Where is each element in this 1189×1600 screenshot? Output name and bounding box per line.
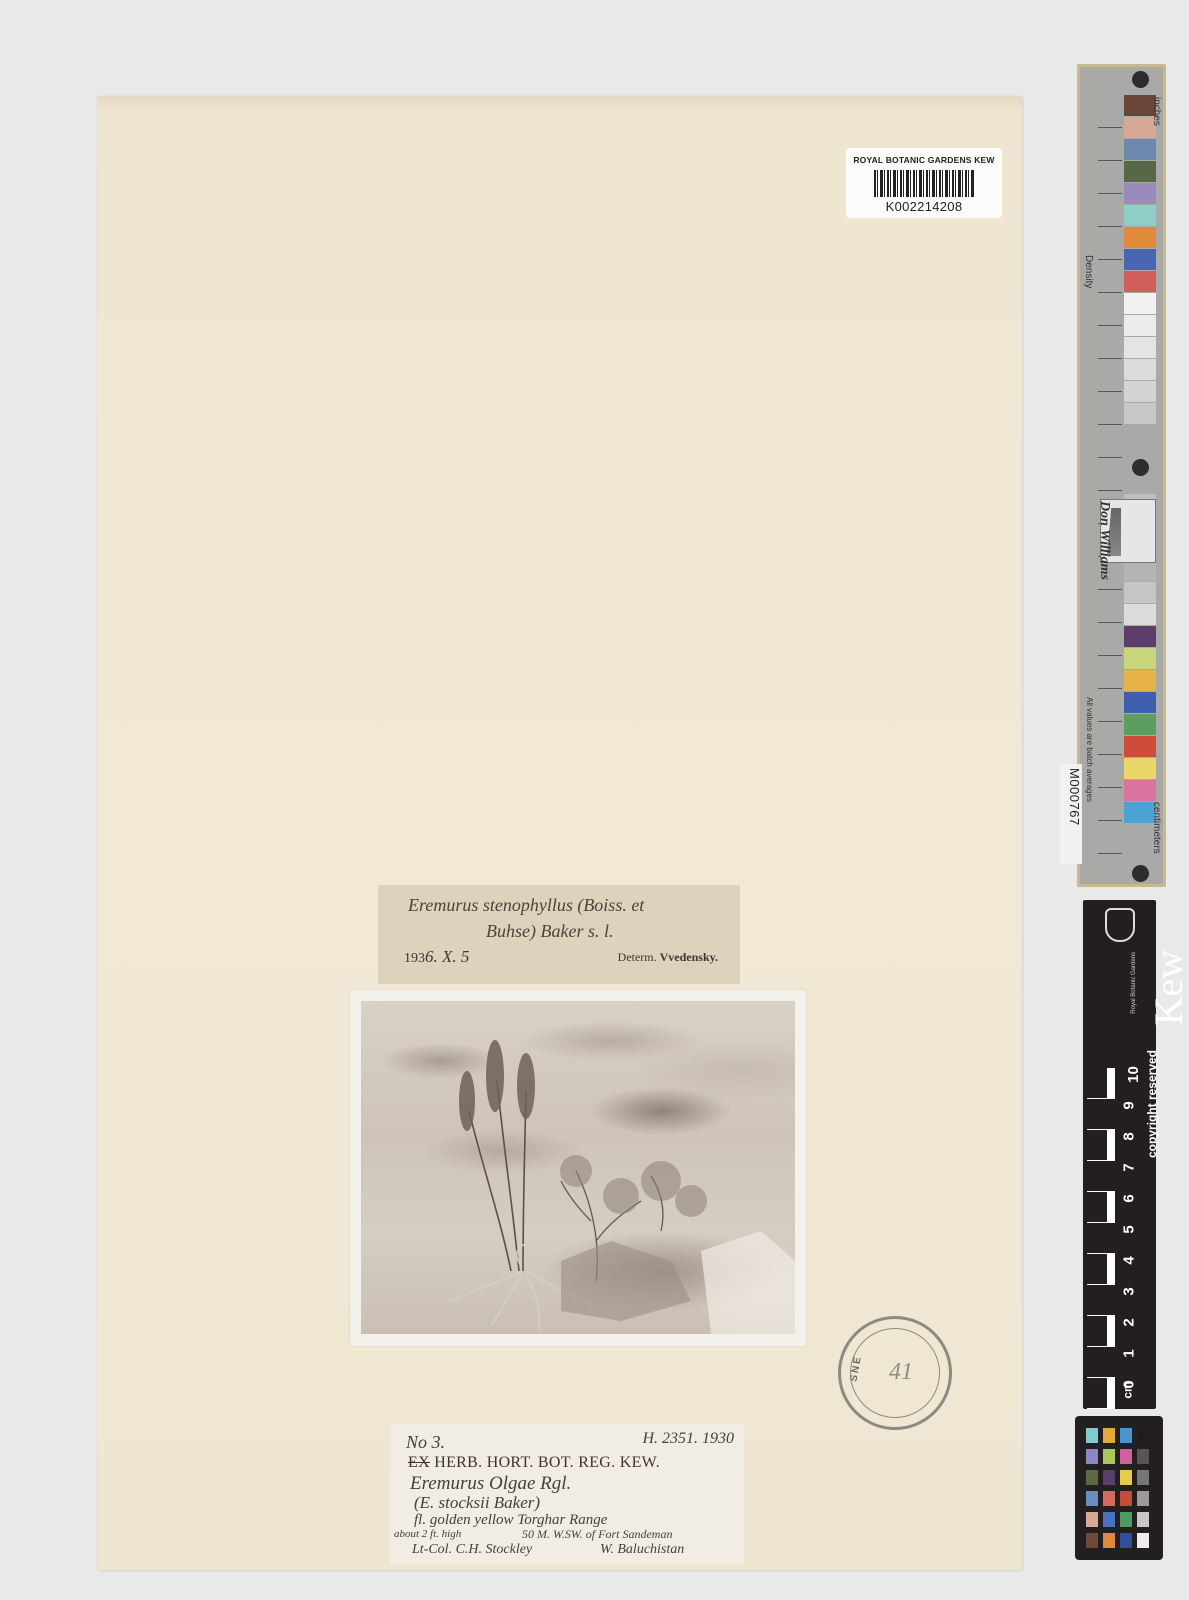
checker-cell [1103, 1428, 1115, 1443]
scale-digit: 9 [1121, 1101, 1138, 1109]
checker-cell [1120, 1449, 1132, 1464]
color-swatch [1124, 670, 1156, 691]
scale-segment [1087, 1099, 1115, 1130]
checker-cell [1086, 1428, 1098, 1443]
color-swatch [1124, 205, 1156, 226]
brand-name: Don Williams [1096, 501, 1112, 580]
color-swatch [1124, 337, 1156, 358]
det-date: 1936. X. 5 [404, 947, 469, 967]
collection-label: No 3. H. 2351. 1930 EX HERB. HORT. BOT. … [390, 1424, 744, 1564]
color-swatch [1124, 648, 1156, 669]
checker-cell [1086, 1470, 1098, 1485]
herbarium-name: HERB. HORT. BOT. REG. KEW. [434, 1454, 660, 1471]
scale-digit: 8 [1121, 1132, 1138, 1140]
color-swatch [1124, 560, 1156, 581]
density-ticks [1098, 95, 1122, 885]
scale-segment [1087, 1223, 1115, 1254]
color-checker [1075, 1416, 1163, 1560]
det-name: Vvedensky. [660, 950, 718, 964]
det-date-printed: 193 [404, 951, 425, 966]
centimeters-label: centimeters [1151, 802, 1162, 854]
region: W. Baluchistan [600, 1542, 684, 1558]
determination-slip: Eremurus stenophyllus (Boiss. et Buhse) … [378, 885, 740, 984]
color-swatch [1124, 626, 1156, 647]
cm-scale: 109876543210 [1087, 1068, 1117, 1403]
kew-subtitle: Royal Botanic Gardens [1131, 952, 1137, 1014]
color-swatch [1124, 714, 1156, 735]
color-swatch [1124, 758, 1156, 779]
det-determiner: Determ. Vvedensky. [618, 950, 718, 965]
collection-number: No 3. [406, 1432, 445, 1453]
color-swatch [1124, 227, 1156, 248]
color-swatch [1124, 183, 1156, 204]
catalog-number-label: M000767 [1060, 764, 1082, 864]
checker-cell [1137, 1512, 1149, 1527]
checker-cell [1137, 1491, 1149, 1506]
eremurus-plant-icon [361, 1001, 795, 1334]
checker-cell [1086, 1533, 1098, 1548]
scale-digit: 1 [1121, 1349, 1138, 1357]
copyright-text: copyright reserved [1145, 1050, 1159, 1158]
hole-icon [1132, 865, 1149, 882]
checker-cell [1120, 1533, 1132, 1548]
checker-cell [1103, 1470, 1115, 1485]
stamp-ring-text: SNE [849, 1354, 864, 1382]
herbarium-heading: EX HERB. HORT. BOT. REG. KEW. [408, 1454, 660, 1472]
color-swatch [1124, 359, 1156, 380]
checker-cell [1137, 1470, 1149, 1485]
checker-cell [1103, 1512, 1115, 1527]
checker-cell [1086, 1449, 1098, 1464]
scale-segment [1087, 1285, 1115, 1316]
barcode-label: ROYAL BOTANIC GARDENS KEW K002214208 [846, 148, 1002, 218]
checker-cell [1137, 1533, 1149, 1548]
scale-segment [1087, 1378, 1115, 1409]
scale-digit: 2 [1121, 1318, 1138, 1326]
herbarium-stamp: SNE 41 [838, 1316, 952, 1430]
color-swatch [1124, 315, 1156, 336]
density-label: Density [1083, 255, 1094, 288]
scale-digit: 4 [1121, 1256, 1138, 1264]
scale-segment [1087, 1068, 1115, 1099]
color-swatch [1124, 403, 1156, 424]
checker-cell [1103, 1533, 1115, 1548]
synonym: (E. stocksii Baker) [414, 1493, 540, 1513]
scale-digit: 7 [1121, 1163, 1138, 1171]
herbarium-number: H. 2351. 1930 [642, 1430, 734, 1448]
checker-cell [1120, 1470, 1132, 1485]
scale-segment [1087, 1192, 1115, 1223]
checker-cell [1120, 1491, 1132, 1506]
checker-cell [1086, 1512, 1098, 1527]
collector: Lt-Col. C.H. Stockley [412, 1542, 532, 1558]
scale-digit: 5 [1121, 1225, 1138, 1233]
inches-label: inches [1151, 97, 1162, 126]
color-swatch [1124, 249, 1156, 270]
checker-cell [1103, 1491, 1115, 1506]
checker-cell [1137, 1449, 1149, 1464]
color-calibration-card: inches centimeters Density All values ar… [1077, 64, 1166, 887]
color-swatch [1124, 161, 1156, 182]
scale-segment [1087, 1130, 1115, 1161]
color-swatch [1124, 604, 1156, 625]
kew-scale-ruler: Royal Botanic Gardens Kew copyright rese… [1083, 900, 1156, 1409]
color-swatch [1124, 293, 1156, 314]
hole-icon [1132, 71, 1149, 88]
scale-segment [1087, 1254, 1115, 1285]
checker-cell [1103, 1449, 1115, 1464]
color-swatch [1124, 692, 1156, 713]
det-handwritten-line1: Eremurus stenophyllus (Boiss. et [408, 895, 644, 916]
batch-note: All values are batch averages [1085, 697, 1094, 802]
color-swatch [1124, 381, 1156, 402]
scale-segment [1087, 1347, 1115, 1378]
photograph-mount [350, 990, 806, 1346]
checker-cell [1120, 1428, 1132, 1443]
scale-segment [1087, 1161, 1115, 1192]
species-name: Eremurus Olgae Rgl. [410, 1473, 571, 1495]
checker-cell [1086, 1491, 1098, 1506]
royal-crest-icon [1105, 908, 1135, 942]
det-date-handwritten: 6. X. 5 [425, 947, 469, 966]
height-note: about 2 ft. high [394, 1528, 461, 1540]
scale-segment [1087, 1316, 1115, 1347]
checker-cell [1137, 1428, 1149, 1443]
checker-grid [1086, 1428, 1149, 1548]
color-swatch [1124, 780, 1156, 801]
color-swatch [1124, 736, 1156, 757]
checker-cell [1120, 1512, 1132, 1527]
scale-digit: 6 [1121, 1194, 1138, 1202]
color-swatch [1124, 271, 1156, 292]
institution-name: ROYAL BOTANIC GARDENS KEW [846, 155, 1002, 165]
color-swatch [1124, 139, 1156, 160]
det-handwritten-line2: Buhse) Baker s. l. [486, 921, 613, 942]
color-swatch [1124, 582, 1156, 603]
scale-digit: 3 [1121, 1287, 1138, 1295]
unit-label: cm [1121, 1381, 1135, 1398]
barcode-icon [874, 170, 974, 197]
plant-photograph [361, 1001, 795, 1334]
stamp-number: 41 [889, 1359, 913, 1386]
barcode-id: K002214208 [846, 199, 1002, 214]
det-prefix: Determ. [618, 950, 657, 964]
locality: 50 M. W.SW. of Fort Sandeman [522, 1527, 672, 1542]
scale-digit: 10 [1125, 1066, 1142, 1083]
kew-logo: Kew [1145, 950, 1189, 1026]
color-swatches [1124, 95, 1156, 824]
herbarium-struck: EX [408, 1454, 430, 1471]
catalog-number: M000767 [1067, 768, 1082, 826]
